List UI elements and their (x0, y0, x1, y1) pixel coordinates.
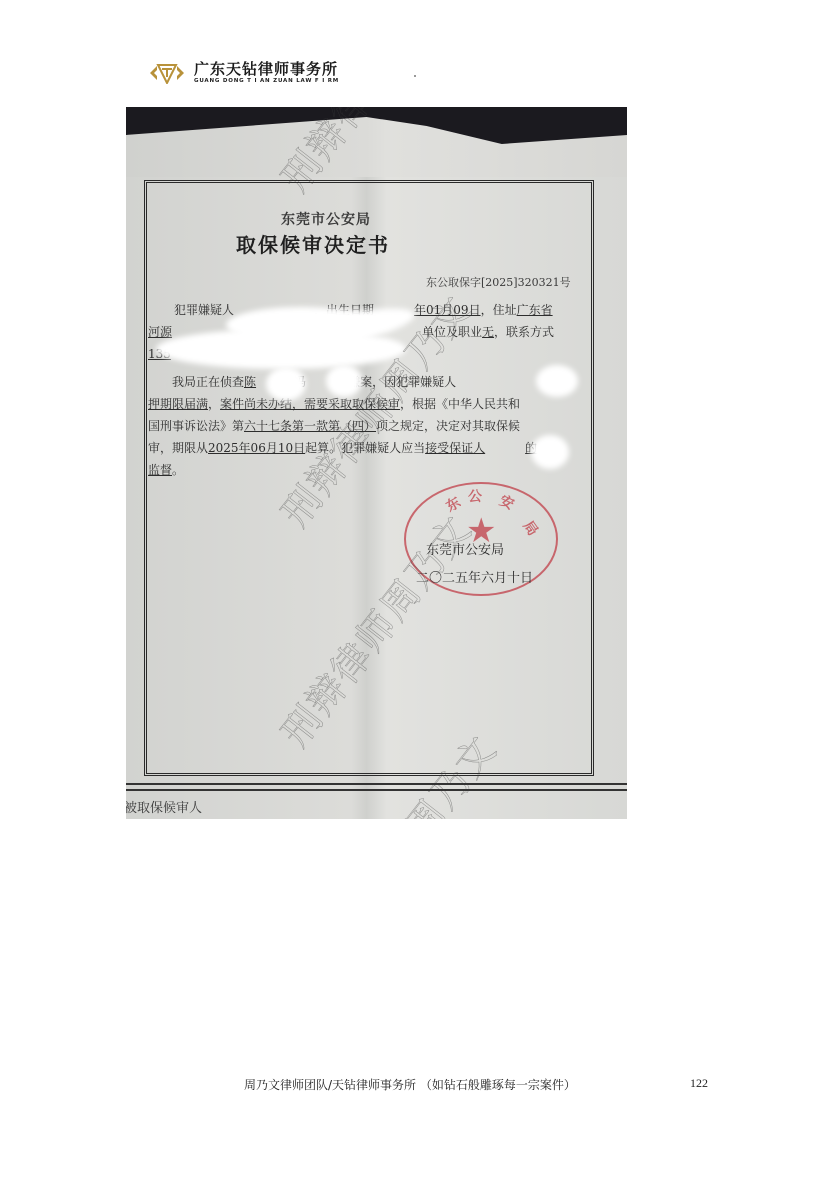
text: 接受保证人 (425, 441, 485, 455)
text: 审，期限从 (148, 441, 208, 455)
occupation: 无 (482, 325, 494, 339)
text: 。 (172, 463, 184, 477)
text: 国刑事诉讼法》第 (148, 419, 244, 433)
firm-logo-icon (148, 62, 186, 84)
redaction-blot (531, 435, 569, 469)
stray-dot (414, 75, 416, 77)
text: 犯罪嫌疑人 (174, 303, 234, 317)
footer-text: 周乃文律师团队/天钻律师事务所 （如钻石般雕琢每一宗案件） (244, 1076, 576, 1093)
document-title: 取保候审决定书 (236, 229, 390, 258)
redaction-blot (266, 367, 306, 401)
address-cont: 河源 (148, 325, 172, 339)
text: ，住址 (481, 303, 517, 317)
seal-char: 安 (496, 490, 517, 514)
text: 监督 (148, 463, 172, 477)
stub-label: 被取保候审人 (126, 797, 202, 816)
page-number: 122 (690, 1076, 708, 1091)
text: ，联系方式 (494, 325, 554, 339)
text: ，根据《中华人民共和 (400, 397, 520, 411)
seal-char: 局 (519, 517, 543, 540)
document-photo: 东莞市公安局 取保候审决定书 东公取保字[2025]320321号 犯罪嫌疑人，… (126, 107, 627, 819)
text: ， (208, 397, 220, 411)
issuer: 东莞市公安局 (281, 209, 371, 229)
firm-name-en: GUANG DONG T I AN ZUAN LAW F I RM (194, 79, 339, 85)
firm-name-cn: 广东天钻律师事务所 (194, 62, 339, 77)
start-date: 2025年06月10日 (208, 441, 305, 455)
text: 押期限届满 (148, 397, 208, 411)
text: 陈 (244, 375, 256, 389)
seal-char: 公 (468, 486, 482, 506)
address: 广东省 (517, 303, 553, 317)
page-header: 广东天钻律师事务所 GUANG DONG T I AN ZUAN LAW F I… (148, 62, 339, 85)
redaction-blot (536, 365, 578, 397)
tear-line (126, 783, 627, 791)
text: 我局正在侦查 (172, 375, 244, 389)
